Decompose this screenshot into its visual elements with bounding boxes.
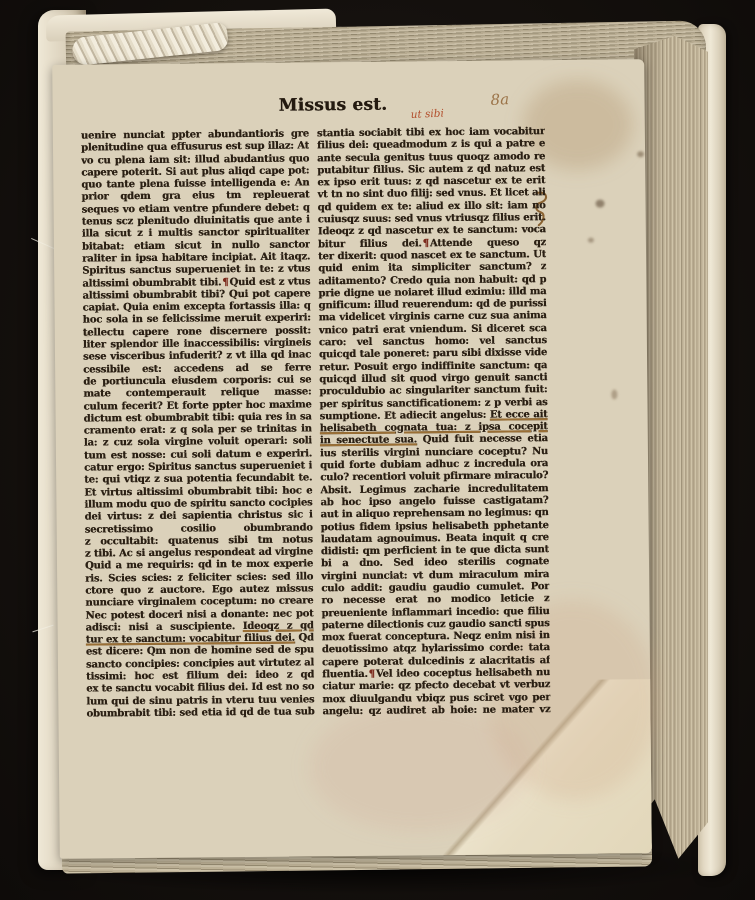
ink-spot [637,151,644,157]
red-ink-annotation: ut sibi [410,108,444,121]
ink-spot [611,389,617,399]
photo-of-incunabulum: { "page": { "running_title": "Missus est… [0,0,755,900]
running-title: Missus est. [279,95,388,116]
folio-number-handwritten: 8a [490,90,509,109]
text-column-right: stantia sociabit tibi ex hoc iam vocabit… [317,126,551,718]
rubric-paragraph-mark: ¶ [221,277,229,288]
rubric-paragraph-mark: ¶ [422,238,430,249]
text-line: angelu: qz audiret ab hoie: ne mater vz … [322,704,550,718]
text-block: uenire nunciat ppter abundantioris grepl… [81,126,551,721]
text-column-left: uenire nunciat ppter abundantioris grepl… [81,128,315,720]
ink-spot [596,200,605,208]
ink-spot [588,238,594,243]
book-page-recto: Missus est. 8a ut sibi uenire nunciat pp… [52,59,652,859]
text-line: obumbrabit tibi: sed etia id qd de tua s… [86,706,314,720]
rubric-paragraph-mark: ¶ [368,669,376,680]
